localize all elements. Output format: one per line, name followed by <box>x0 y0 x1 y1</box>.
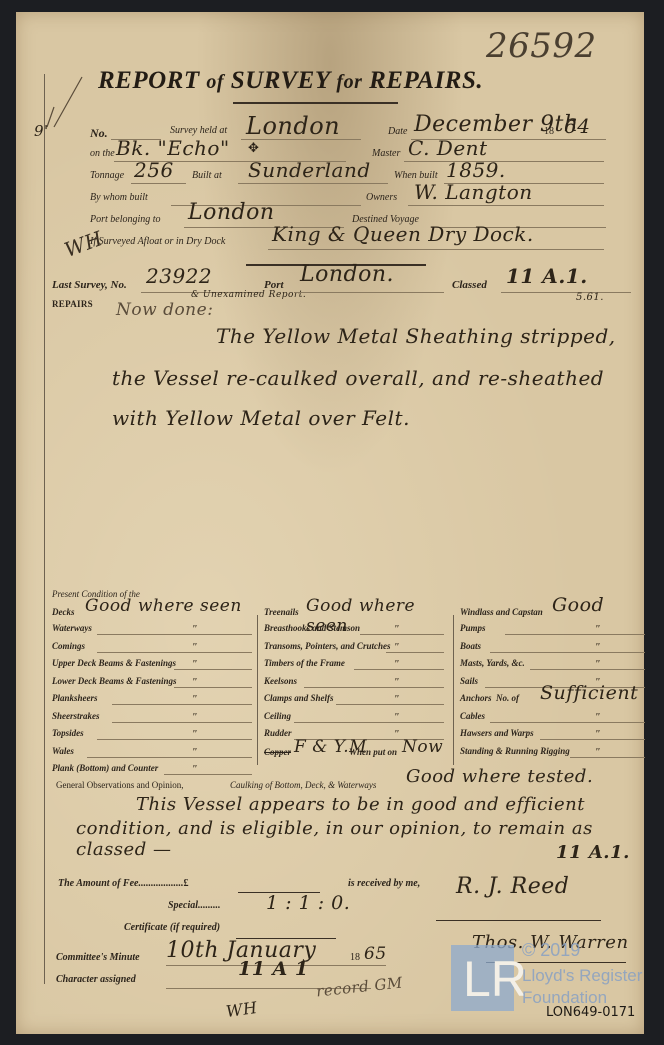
pound-sign: £ <box>183 878 188 889</box>
condition-label: Pumps <box>460 623 486 633</box>
column-divider-1 <box>257 615 258 765</box>
special-value: 1 : 1 : 0. <box>266 892 350 914</box>
signature-1-line <box>436 920 601 921</box>
built-at-label: Built at <box>192 170 222 181</box>
condition-row: Ceiling" <box>264 708 444 726</box>
condition-row: Clamps and Shelfs" <box>264 690 444 708</box>
owners-label: Owners <box>366 192 397 203</box>
condition-value: " <box>192 623 197 635</box>
condition-label: Wales <box>52 746 74 756</box>
tonnage-line <box>131 183 186 184</box>
condition-value: " <box>192 728 197 740</box>
committee-year-prefix: 18 <box>350 952 360 963</box>
condition-row: Keelsons" <box>264 673 444 691</box>
condition-row: Wales" <box>52 743 252 761</box>
condition-value: " <box>595 641 600 653</box>
date-label: Date <box>388 126 407 137</box>
condition-row: Upper Deck Beams & Fastenings" <box>52 655 252 673</box>
title-report: REPORT <box>98 67 200 94</box>
condition-label: Rudder <box>264 728 292 738</box>
date-year-prefix: 18 <box>544 126 554 137</box>
condition-row: Standing & Running Rigging" <box>460 743 640 761</box>
watermark-copyright: © 2019 <box>522 940 580 961</box>
survey-document: 26592 REPORT of SURVEY for REPAIRS. 9' N… <box>16 12 644 1034</box>
condition-column-3: Windlass and Capstan Good Pumps" Boats" … <box>460 602 640 760</box>
built-at-value: Sunderland <box>248 158 371 182</box>
date-year: 64 <box>564 114 590 138</box>
initials-mark: WH <box>61 226 106 262</box>
condition-row: Pumps" <box>460 620 640 638</box>
condition-row: Timbers of the Frame" <box>264 655 444 673</box>
survey-held-label: Survey held at <box>170 125 227 136</box>
certificate-label: Certificate (if required) <box>124 922 220 933</box>
port-belonging-label: Port belonging to <box>90 214 161 225</box>
condition-row: Hawsers and Warps" <box>460 725 640 743</box>
left-margin-line <box>44 74 45 984</box>
title-for: for <box>336 71 362 93</box>
page-title: REPORT of SURVEY for REPAIRS. <box>98 67 483 95</box>
condition-row-decks: Decks Good where seen <box>52 602 252 620</box>
by-whom-built-label: By whom built <box>90 192 148 203</box>
special-label: Special <box>168 900 198 911</box>
classed-value: 11 A.1. <box>506 264 588 288</box>
caulking-label: Caulking of Bottom, Deck, & Waterways <box>230 780 376 790</box>
character-value: 11 A 1 <box>238 958 309 980</box>
condition-column-2: Treenails Good where seen Breasthooks an… <box>264 602 444 761</box>
last-survey-port-line <box>294 292 444 293</box>
classed-line <box>501 292 631 293</box>
repairs-intro: Now done: <box>116 300 213 320</box>
condition-label: Lower Deck Beams & Fastenings <box>52 676 177 686</box>
condition-label: Planksheers <box>52 693 98 703</box>
owners-value: W. Langton <box>414 180 533 204</box>
condition-value: " <box>394 711 399 723</box>
reference-number: 26592 <box>486 26 597 66</box>
lrf-logo-text: LR <box>463 950 527 1008</box>
classed-date: 5.61. <box>576 292 604 303</box>
condition-row: Waterways" <box>52 620 252 638</box>
condition-label: Upper Deck Beams & Fastenings <box>52 658 176 668</box>
condition-value: " <box>192 763 197 775</box>
fee-dots: .................. <box>138 878 183 889</box>
condition-value: " <box>595 711 600 723</box>
condition-label: Clamps and Shelfs <box>264 693 334 703</box>
fee-row: The Amount of Fee..................£ <box>58 878 188 889</box>
condition-value: Good <box>552 594 604 616</box>
condition-label: Hawsers and Warps <box>460 728 534 738</box>
last-survey-port: London. <box>300 262 394 287</box>
condition-value: " <box>595 746 600 758</box>
classed-label: Classed <box>452 279 487 291</box>
committee-label: Committee's Minute <box>56 952 140 963</box>
committee-year: 65 <box>364 944 387 964</box>
condition-label: Treenails <box>264 607 299 617</box>
tonnage-value: 256 <box>134 158 174 182</box>
condition-value: " <box>192 641 197 653</box>
condition-row: Planksheers" <box>52 690 252 708</box>
title-repairs: REPAIRS. <box>369 67 483 94</box>
condition-row-anchors: Anchors No. ofSufficient <box>460 690 640 708</box>
received-label: is received by me, <box>348 878 420 889</box>
tonnage-label: Tonnage <box>90 170 124 181</box>
repairs-line-3: with Yellow Metal over Felt. <box>112 406 410 430</box>
afloat-value: King & Queen Dry Dock. <box>272 222 534 246</box>
condition-value: " <box>192 658 197 670</box>
observations-label: General Observations and Opinion, <box>56 780 183 790</box>
condition-row: Plank (Bottom) and Counter" <box>52 760 252 778</box>
condition-label: Comings <box>52 641 85 651</box>
last-survey-number: 23922 <box>146 264 212 288</box>
condition-label: Topsides <box>52 728 84 738</box>
archive-reference: LON649-0171 <box>546 1005 635 1020</box>
condition-label: Windlass and Capstan <box>460 607 543 617</box>
condition-row: Boats" <box>460 638 640 656</box>
condition-row: Lower Deck Beams & Fastenings" <box>52 673 252 691</box>
checkmark-icon <box>44 72 84 132</box>
last-survey-note: & Unexamined Report. <box>191 290 306 300</box>
condition-value: " <box>394 641 399 653</box>
condition-row: Breasthooks and Stemson" <box>264 620 444 638</box>
condition-value: " <box>394 693 399 705</box>
condition-row-treenails: Treenails Good where seen <box>264 602 444 620</box>
condition-value: Sufficient <box>540 682 638 704</box>
lrf-logo: LR <box>451 945 514 1011</box>
condition-row-windlass: Windlass and Capstan Good <box>460 602 640 620</box>
condition-value: Good where seen <box>85 596 242 616</box>
condition-row-copper: Copper F & Y.M When put on Now <box>264 743 444 761</box>
observation-line-3: 11 A.1. <box>556 842 630 863</box>
condition-row: Masts, Yards, &c." <box>460 655 640 673</box>
last-survey-port-label: Port <box>264 279 284 291</box>
no-label: No. <box>90 126 108 141</box>
last-survey-label: Last Survey, No. <box>52 279 127 291</box>
on-the-label: on the <box>90 148 115 159</box>
condition-value: " <box>394 728 399 740</box>
title-survey: SURVEY <box>231 67 330 94</box>
when-built-value: 1859. <box>446 158 506 182</box>
condition-label: Breasthooks and Stemson <box>264 623 360 633</box>
signature-surveyor-1: R. J. Reed <box>456 874 569 899</box>
condition-value: " <box>394 623 399 635</box>
condition-label: Boats <box>460 641 481 651</box>
character-note: record GM <box>315 974 403 1001</box>
observation-line-1: This Vessel appears to be in good and ef… <box>136 794 585 815</box>
caulking-value: Good where tested. <box>406 766 593 787</box>
condition-value: " <box>394 658 399 670</box>
condition-row: Comings" <box>52 638 252 656</box>
special-row: Special......... <box>168 900 221 911</box>
owners-line <box>408 205 604 206</box>
condition-row: Sheerstrakes" <box>52 708 252 726</box>
condition-label: Copper <box>264 747 291 757</box>
condition-label: Sheerstrakes <box>52 711 100 721</box>
condition-label: Ceiling <box>264 711 291 721</box>
condition-label: Anchors No. of <box>460 693 519 703</box>
master-label: Master <box>372 148 400 159</box>
condition-value: " <box>192 676 197 688</box>
title-underline <box>233 102 398 104</box>
condition-label: Decks <box>52 607 75 617</box>
condition-label: Plank (Bottom) and Counter <box>52 763 158 773</box>
condition-label: Waterways <box>52 623 92 633</box>
watermark-line-1: Lloyd's Register <box>522 966 642 986</box>
survey-held-line <box>241 139 361 140</box>
special-dots: ......... <box>198 900 221 911</box>
port-belonging-value: London <box>188 200 275 225</box>
built-at-line <box>238 183 388 184</box>
bottom-initials: WH <box>225 998 259 1021</box>
condition-row: Topsides" <box>52 725 252 743</box>
margin-mark: 9' <box>34 122 49 140</box>
survey-held-value: London <box>246 112 340 140</box>
condition-row: Transoms, Pointers, and Crutches" <box>264 638 444 656</box>
condition-label: Masts, Yards, &c. <box>460 658 525 668</box>
condition-row: Cables" <box>460 708 640 726</box>
character-label: Character assigned <box>56 974 136 985</box>
cross-icon: ✥ <box>248 140 259 156</box>
condition-label: Sails <box>460 676 478 686</box>
condition-value: " <box>595 728 600 740</box>
condition-value: " <box>192 693 197 705</box>
master-value: C. Dent <box>408 136 488 160</box>
condition-value: " <box>595 623 600 635</box>
column-divider-2 <box>453 615 454 765</box>
condition-label: Cables <box>460 711 485 721</box>
vessel-name: Bk. "Echo" <box>116 136 230 160</box>
condition-label: Transoms, Pointers, and Crutches <box>264 641 390 651</box>
repairs-line-1: The Yellow Metal Sheathing stripped, <box>216 324 616 348</box>
condition-value: Now <box>402 737 443 757</box>
repairs-line-2: the Vessel re-caulked overall, and re-sh… <box>112 366 604 390</box>
condition-label: Keelsons <box>264 676 297 686</box>
fee-label: The Amount of Fee <box>58 878 138 889</box>
condition-value: " <box>192 746 197 758</box>
condition-label: When put on <box>349 747 397 757</box>
afloat-line <box>268 249 604 250</box>
title-of: of <box>206 71 224 93</box>
condition-value: " <box>192 711 197 723</box>
condition-column-1: Decks Good where seen Waterways" Comings… <box>52 602 252 778</box>
condition-label: Standing & Running Rigging <box>460 746 570 756</box>
condition-value: " <box>394 676 399 688</box>
repairs-label: REPAIRS <box>52 299 93 309</box>
condition-label: Timbers of the Frame <box>264 658 345 668</box>
afloat-label: If Surveyed Afloat or in Dry Dock <box>90 236 225 247</box>
condition-value: " <box>595 658 600 670</box>
